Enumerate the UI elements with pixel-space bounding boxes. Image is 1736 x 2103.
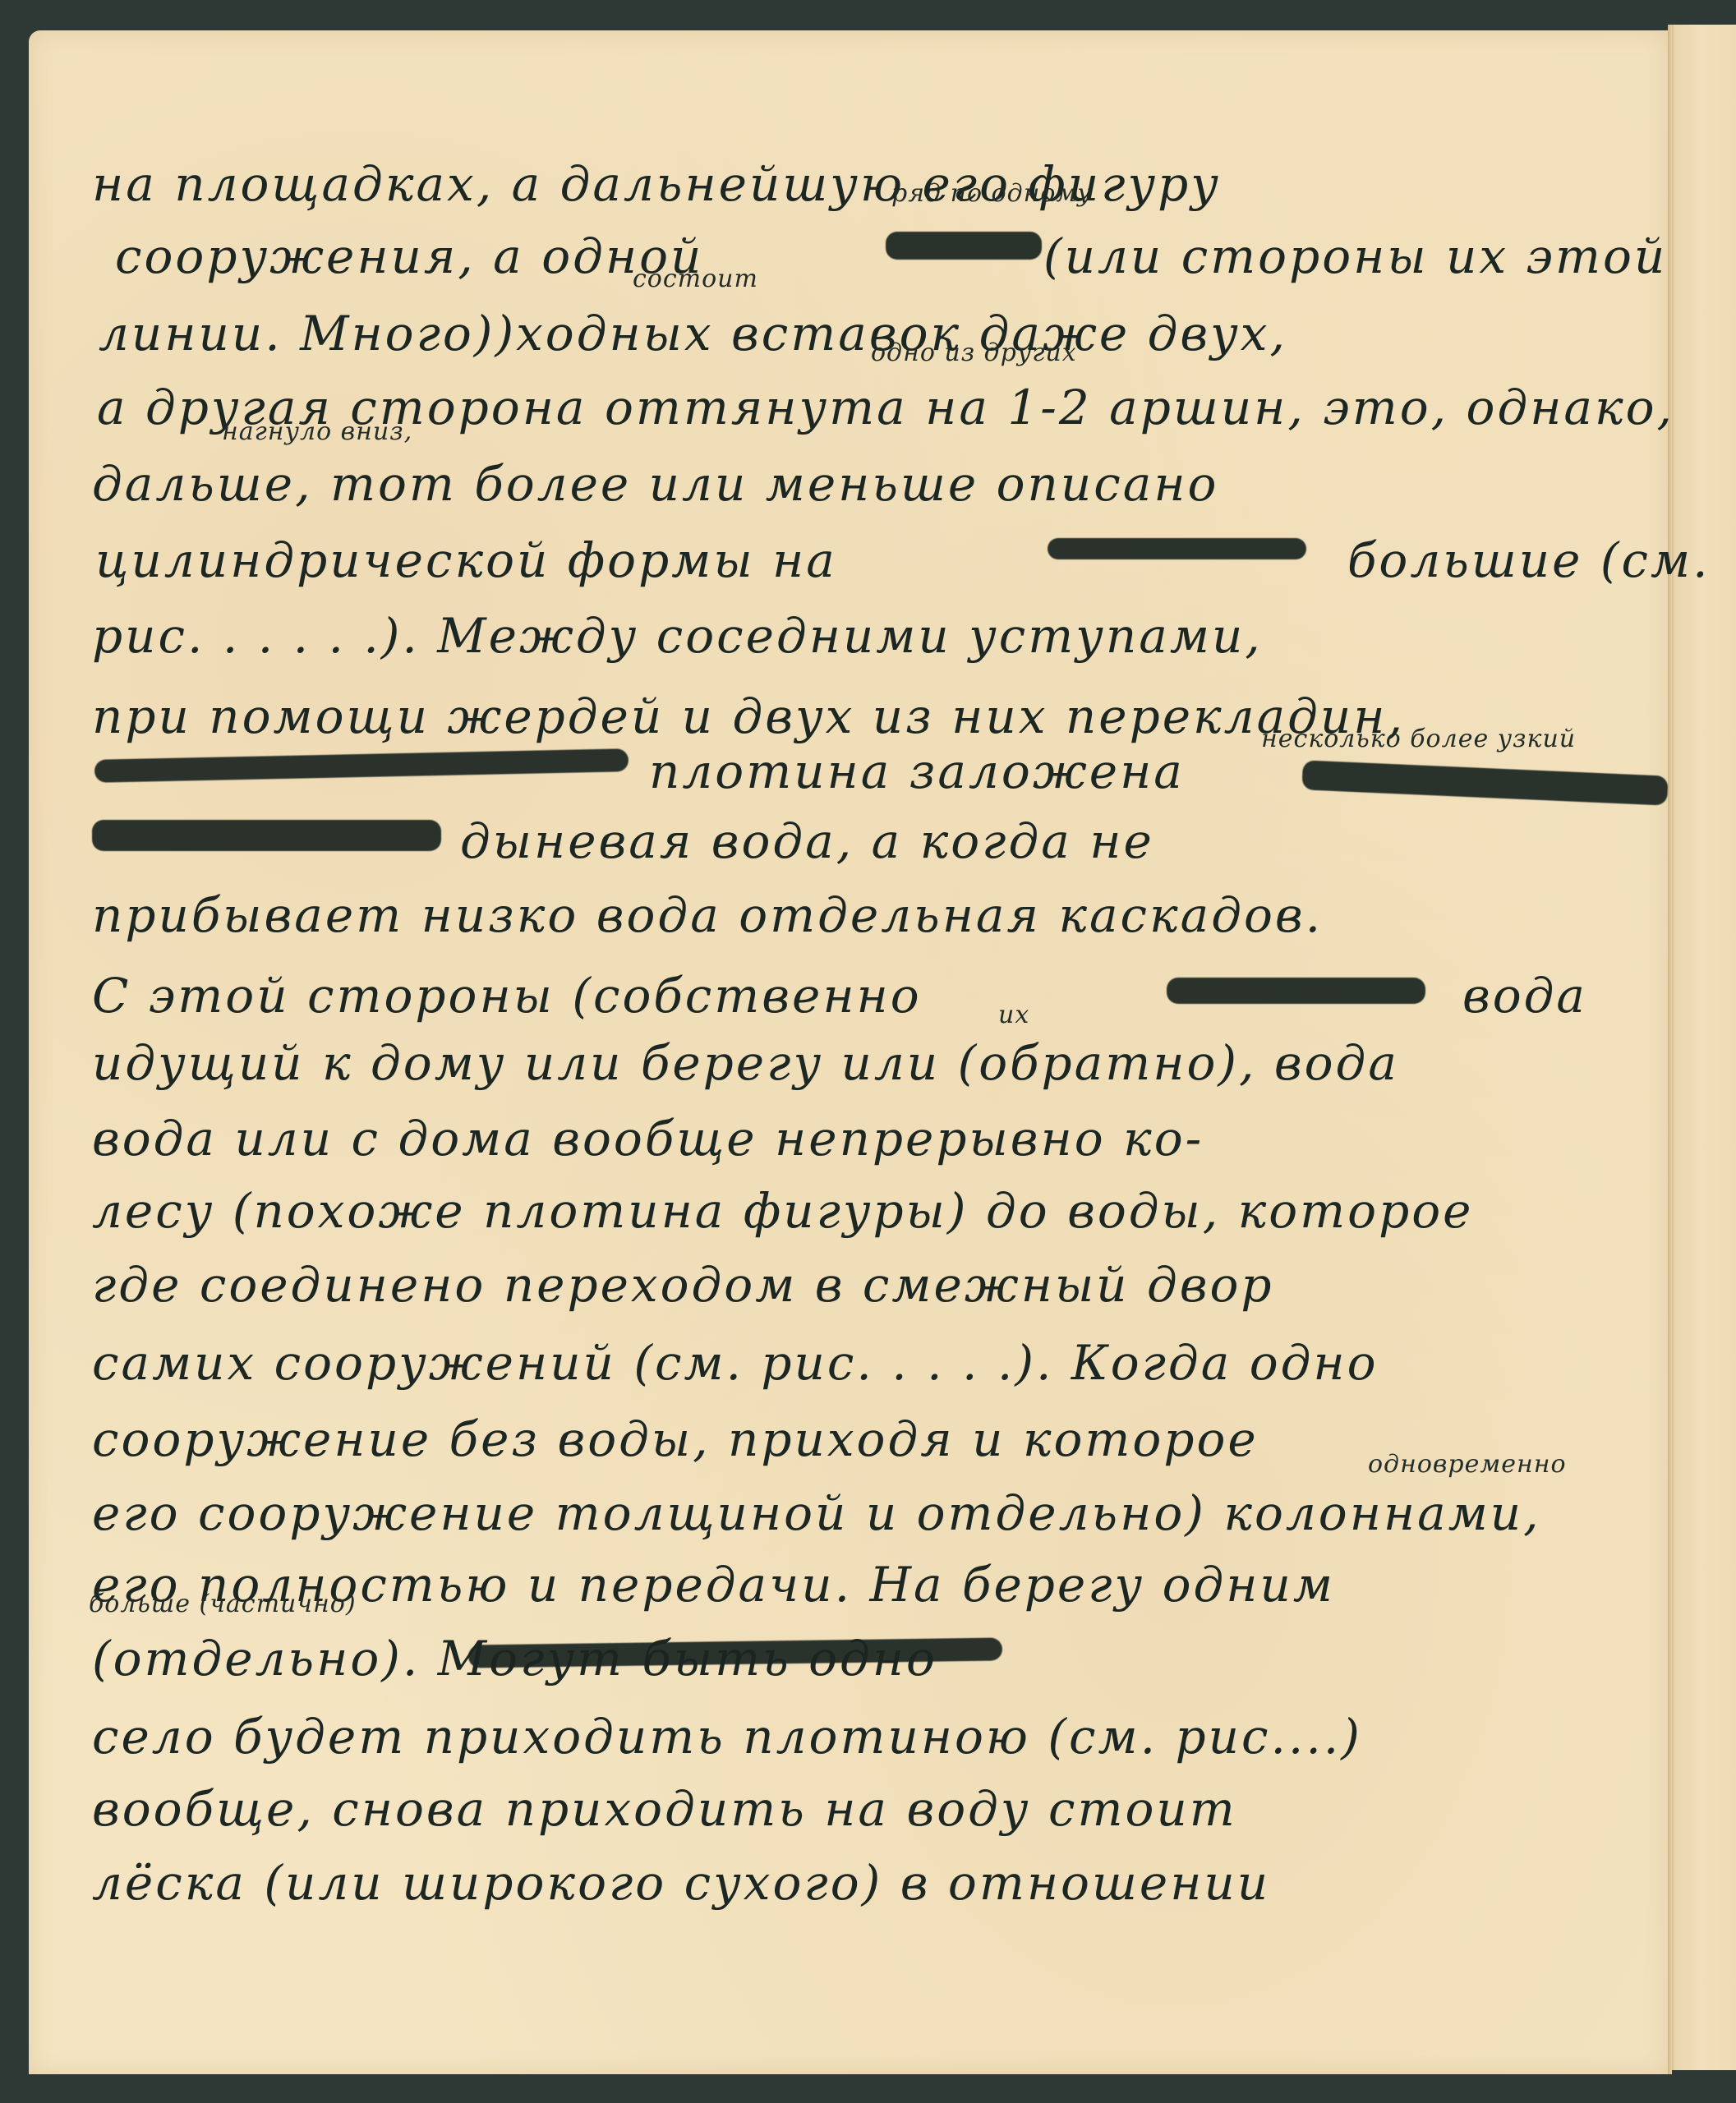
manuscript-line-12: С этой стороны (собственно bbox=[92, 968, 922, 1024]
line-text: вообще, снова приходить на воду стоит bbox=[92, 1781, 1237, 1837]
insertion-above-line-13: их bbox=[998, 1001, 1029, 1029]
manuscript-line-13: идущий к дому или берегу или (обратно), … bbox=[92, 1035, 1399, 1091]
manuscript-line-2: сооружения, а одной bbox=[115, 228, 703, 284]
strikeout-line-6 bbox=[1048, 538, 1306, 559]
line-text: при помощи жердей и двух из них переклад… bbox=[92, 688, 1405, 744]
manuscript-line-22: село будет приходить плотиною (см. рис..… bbox=[92, 1709, 1362, 1765]
manuscript-line-9: плотина заложена bbox=[649, 743, 1185, 799]
manuscript-line-23: вообще, снова приходить на воду стоит bbox=[92, 1781, 1237, 1837]
line-text: идущий к дому или берегу или (обратно), … bbox=[92, 1035, 1399, 1091]
line-text: сооружение без воды, приходя и которое bbox=[92, 1411, 1259, 1467]
line-text: его сооружение толщиной и отдельно) коло… bbox=[92, 1485, 1541, 1541]
manuscript-line-19: его сооружение толщиной и отдельно) коло… bbox=[92, 1485, 1541, 1541]
line-text: большие (см. bbox=[1347, 532, 1711, 588]
manuscript-line-5: дальше, тот более или меньше описано bbox=[92, 456, 1218, 512]
manuscript-line-6b: большие (см. bbox=[1347, 532, 1711, 588]
insertion-above-line-3: состоит bbox=[633, 265, 758, 293]
line-text: (или стороны их этой bbox=[1043, 228, 1667, 284]
insertion-above-line-21: больше (частично) bbox=[89, 1590, 357, 1618]
line-text: лёска (или широкого сухого) в отношении bbox=[92, 1855, 1270, 1911]
strikeout-line-10-start bbox=[92, 820, 441, 851]
line-text: лесу (похоже плотина фигуры) до воды, ко… bbox=[92, 1183, 1473, 1239]
line-text: С этой стороны (собственно bbox=[92, 968, 922, 1024]
insertion-above-line-4: одно из других bbox=[871, 338, 1077, 367]
line-text: сооружения, а одной bbox=[115, 228, 703, 284]
manuscript-scan: на площадках, а дальнейшую его фигуру ря… bbox=[0, 0, 1736, 2103]
line-text: вода или с дома вообще непрерывно ко- bbox=[92, 1111, 1204, 1167]
manuscript-line-16: где соединено переходом в смежный двор bbox=[92, 1257, 1274, 1313]
manuscript-line-10: дыневая вода, а когда не bbox=[460, 813, 1154, 869]
manuscript-line-17: самих сооружений (см. рис. . . . .). Ког… bbox=[92, 1335, 1379, 1391]
line-text: цилиндрической формы на bbox=[95, 532, 837, 588]
manuscript-line-3: линии. Много))ходных вставок даже двух, bbox=[99, 306, 1287, 361]
manuscript-line-15: лесу (похоже плотина фигуры) до воды, ко… bbox=[92, 1183, 1473, 1239]
line-text: село будет приходить плотиною (см. рис..… bbox=[92, 1709, 1362, 1765]
line-text: линии. Много))ходных вставок даже двух, bbox=[99, 306, 1287, 361]
line-text: самих сооружений (см. рис. . . . .). Ког… bbox=[92, 1335, 1379, 1391]
line-text: прибывает низко вода отдельная каскадов. bbox=[92, 887, 1323, 943]
adjacent-page-edge bbox=[1672, 25, 1736, 2070]
insertion-above-line-19: одновременно bbox=[1368, 1450, 1567, 1479]
line-text: вода bbox=[1462, 968, 1587, 1024]
line-text: где соединено переходом в смежный двор bbox=[92, 1257, 1274, 1313]
manuscript-line-24: лёска (или широкого сухого) в отношении bbox=[92, 1855, 1270, 1911]
manuscript-line-7: рис. . . . . .). Между соседними уступам… bbox=[92, 608, 1263, 664]
line-text: плотина заложена bbox=[649, 743, 1185, 799]
manuscript-line-2b: (или стороны их этой bbox=[1043, 228, 1667, 284]
insertion-above-line-9: несколько более узкий bbox=[1261, 725, 1576, 753]
insertion-above-line-5: нагнуло вниз, bbox=[222, 417, 412, 446]
manuscript-line-18: сооружение без воды, приходя и которое bbox=[92, 1411, 1259, 1467]
insertion-above-line-2: ряд по одному bbox=[891, 179, 1093, 208]
strikeout-line-2 bbox=[886, 232, 1042, 260]
manuscript-line-6: цилиндрической формы на bbox=[95, 532, 837, 588]
manuscript-line-11: прибывает низко вода отдельная каскадов. bbox=[92, 887, 1323, 943]
line-text: рис. . . . . .). Между соседними уступам… bbox=[92, 608, 1263, 664]
manuscript-line-12b: вода bbox=[1462, 968, 1587, 1024]
manuscript-line-14: вода или с дома вообще непрерывно ко- bbox=[92, 1111, 1204, 1167]
strikeout-line-12 bbox=[1167, 978, 1425, 1004]
line-text: дыневая вода, а когда не bbox=[460, 813, 1154, 869]
line-text: дальше, тот более или меньше описано bbox=[92, 456, 1218, 512]
manuscript-line-8: при помощи жердей и двух из них переклад… bbox=[92, 688, 1405, 744]
